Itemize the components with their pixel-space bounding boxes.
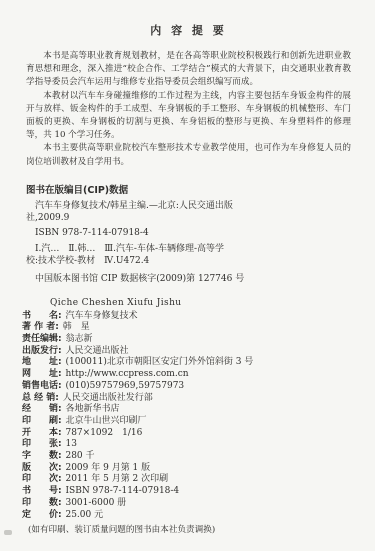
colophon-row: 印 刷: 北京牛山世兴印刷厂 — [22, 416, 351, 428]
colophon-row: 印 次: 2011 年 5 月第 2 次印刷 — [22, 474, 351, 486]
colophon-field-label: 定 价: — [22, 510, 62, 522]
colophon-field-value: 韩 星 — [63, 322, 90, 332]
colophon-field-value: 翁志新 — [65, 334, 92, 344]
colophon-row: 印 数: 3001-6000 册 — [22, 498, 351, 510]
summary-paragraph: 本教材以汽车车身碰撞维修的工作过程为主线，内容主要包括车身钣金构件的展开与放样、… — [26, 90, 351, 143]
colophon-field-label: 出版发行: — [22, 346, 62, 358]
colophon-field-value: 25.00 元 — [65, 510, 103, 520]
colophon-field-value: http://www.ccpress.com.cn — [65, 369, 188, 379]
colophon-field-value: 280 千 — [65, 451, 94, 461]
colophon-field-value: 3001-6000 册 — [65, 498, 126, 508]
colophon-row: 版 次: 2009 年 9 月第 1 版 — [22, 463, 351, 475]
content-summary-paragraphs: 本书是高等职业教育规划教材，是在各高等职业院校积极践行和创新先进职业教育思想和理… — [26, 50, 351, 169]
colophon-row: 出版发行: 人民交通出版社 — [22, 346, 351, 358]
colophon-row: 网 址: http://www.ccpress.com.cn — [22, 369, 351, 381]
cip-classification-line-1: Ⅰ.汽… Ⅱ.韩… Ⅲ.汽车-车体-车辆修理-高等学 — [26, 244, 351, 256]
cip-classification-line-2: 校:技术学校-教材 Ⅳ.U472.4 — [26, 256, 351, 268]
colophon-field-label: 著 作 者: — [22, 322, 59, 334]
colophon-field-value: 人民交通出版社发行部 — [63, 393, 153, 403]
colophon-field-label: 印 张: — [22, 439, 62, 451]
cip-block: 汽车车身修复技术/韩星主编.—北京:人民交通出版 社,2009.9 ISBN 9… — [26, 201, 351, 286]
colophon-field-value: 787×1092 1/16 — [65, 428, 142, 438]
colophon-row: 字 数: 280 千 — [22, 451, 351, 463]
colophon-field-label: 地 址: — [22, 357, 62, 369]
cip-heading: 图书在版编目(CIP)数据 — [26, 182, 351, 196]
colophon-field-value: 2011 年 5 月第 2 次印刷 — [65, 474, 168, 484]
colophon-field-label: 书 号: — [22, 486, 62, 498]
colophon-row: 经 销: 各地新华书店 — [22, 404, 351, 416]
colophon-field-value: ISBN 978-7-114-07918-4 — [65, 486, 179, 496]
colophon-field-value: (010)59757969,59757973 — [65, 381, 184, 391]
colophon-field-label: 印 数: — [22, 498, 62, 510]
colophon-field-value: (100011)北京市朝阳区安定门外外馆斜街 3 号 — [65, 357, 253, 367]
colophon-field-label: 版 次: — [22, 463, 62, 475]
colophon-row: 著 作 者: 韩 星 — [22, 322, 351, 334]
colophon-row: 书 号: ISBN 978-7-114-07918-4 — [22, 486, 351, 498]
colophon-field-label: 责任编辑: — [22, 334, 62, 346]
colophon-field-label: 销售电话: — [22, 381, 62, 393]
colophon-field-label: 字 数: — [22, 451, 62, 463]
quality-exchange-note: (如有印刷、装订质量问题的图书由本社负责调换) — [28, 523, 351, 535]
scan-artifact — [4, 530, 12, 535]
book-title-pinyin: Qiche Cheshen Xiufu Jishu — [50, 298, 351, 308]
colophon-field-label: 印 次: — [22, 474, 62, 486]
colophon-field-value: 北京牛山世兴印刷厂 — [65, 416, 146, 426]
colophon-row: 销售电话: (010)59757969,59757973 — [22, 381, 351, 393]
colophon-list: 书 名: 汽车车身修复技术 著 作 者: 韩 星 责任编辑: 翁志新 出版发行:… — [22, 311, 351, 522]
colophon-field-value: 人民交通出版社 — [65, 346, 128, 356]
colophon-field-label: 书 名: — [22, 311, 62, 323]
colophon-field-label: 开 本: — [22, 428, 62, 440]
summary-paragraph: 本书主要供高等职业院校汽车整形技术专业教学使用，也可作为车身修复人员的岗位培训教… — [26, 142, 351, 168]
content-summary-title: 内 容 提 要 — [26, 22, 351, 38]
colophon-field-label: 总 经 销: — [22, 393, 59, 405]
book-copyright-page: 内 容 提 要 本书是高等职业教育规划教材，是在各高等职业院校积极践行和创新先进… — [0, 0, 375, 551]
cip-title-line-2: 社,2009.9 — [26, 213, 351, 225]
colophon-field-label: 印 刷: — [22, 416, 62, 428]
colophon-field-value: 13 — [65, 439, 76, 449]
colophon-field-value: 汽车车身修复技术 — [65, 311, 137, 321]
colophon-field-label: 网 址: — [22, 369, 62, 381]
colophon-field-value: 2009 年 9 月第 1 版 — [65, 463, 150, 473]
colophon-row: 书 名: 汽车车身修复技术 — [22, 311, 351, 323]
colophon-field-label: 经 销: — [22, 404, 62, 416]
colophon-row: 印 张: 13 — [22, 439, 351, 451]
colophon-field-value: 各地新华书店 — [65, 404, 119, 414]
colophon-row: 定 价: 25.00 元 — [22, 510, 351, 522]
colophon-row: 总 经 销: 人民交通出版社发行部 — [22, 393, 351, 405]
colophon-row: 开 本: 787×1092 1/16 — [22, 428, 351, 440]
cip-title-line-1: 汽车车身修复技术/韩星主编.—北京:人民交通出版 — [26, 201, 351, 213]
cip-isbn-line: ISBN 978-7-114-07918-4 — [26, 228, 351, 240]
summary-paragraph: 本书是高等职业教育规划教材，是在各高等职业院校积极践行和创新先进职业教育思想和理… — [26, 50, 351, 90]
colophon-row: 地 址: (100011)北京市朝阳区安定门外外馆斜街 3 号 — [22, 357, 351, 369]
colophon-row: 责任编辑: 翁志新 — [22, 334, 351, 346]
cip-record-number-line: 中国版本图书馆 CIP 数据核字(2009)第 127746 号 — [26, 274, 351, 286]
